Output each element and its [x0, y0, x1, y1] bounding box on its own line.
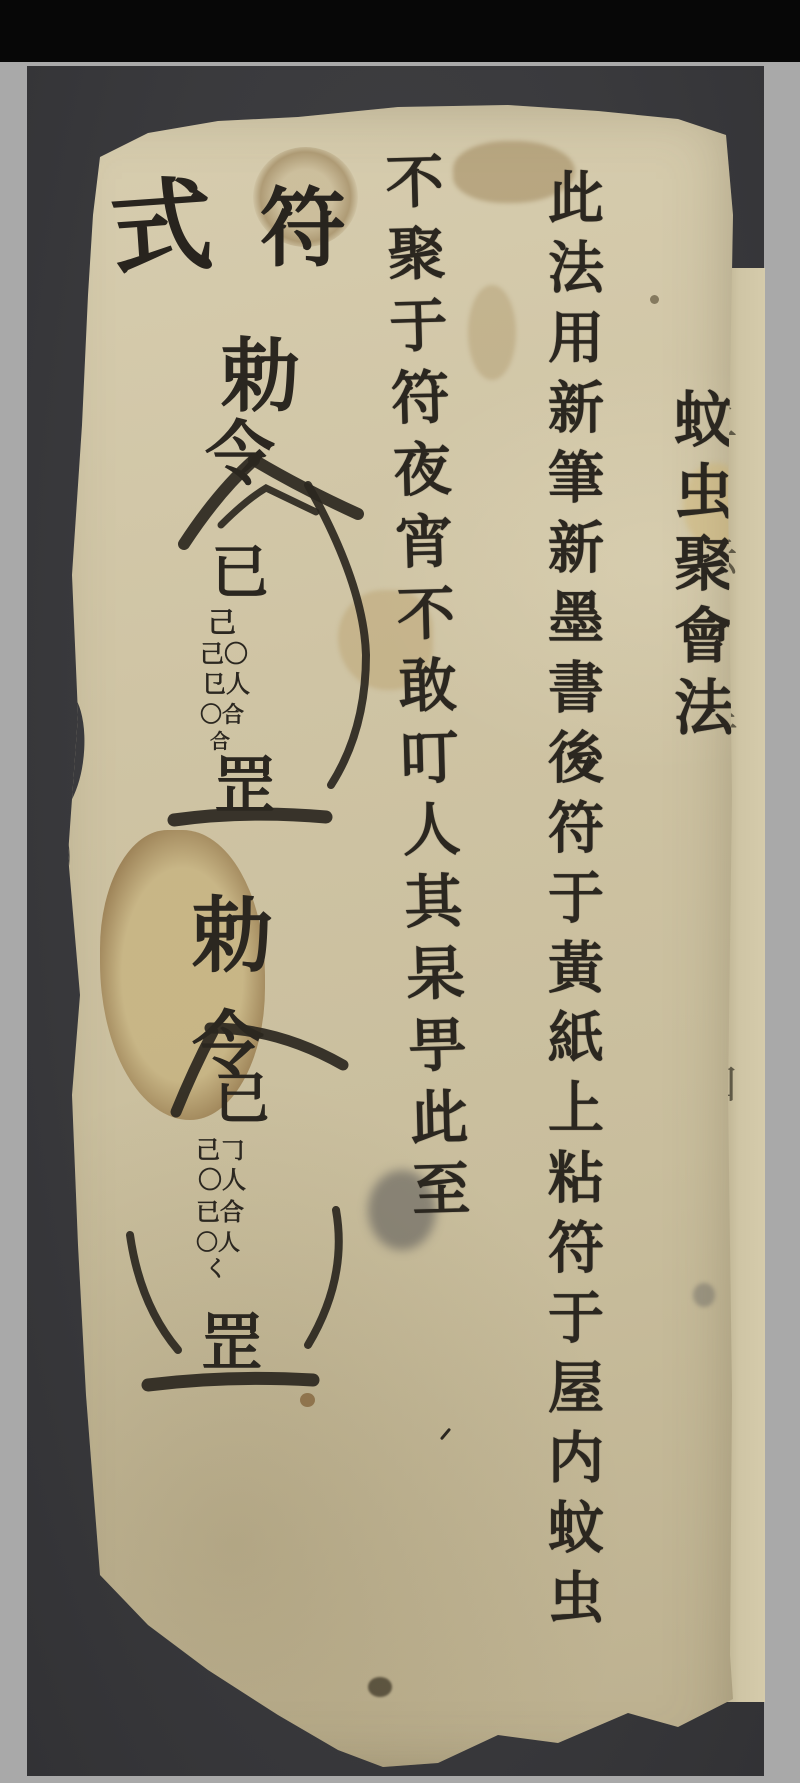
- header-char-shi: 式: [105, 144, 217, 297]
- stain-gray-dot: [693, 1283, 715, 1307]
- scan-top-black-strip: [0, 0, 800, 62]
- talisman1-small-glyphs: 㔾人: [202, 669, 250, 698]
- talisman-figure-2: 勅 令 已 己𠃌 〇人 已合 〇人 く 罡: [118, 880, 380, 1420]
- talisman2-small-glyphs: 〇人: [198, 1165, 246, 1194]
- talisman2-left-curve-stroke: [130, 1235, 178, 1350]
- talisman1-small-glyphs: 己〇: [200, 639, 248, 668]
- talisman2-coil-char: 已: [214, 1066, 270, 1132]
- talisman1-command-char: 勅: [220, 329, 300, 423]
- talisman2-command-char: 勅: [191, 888, 273, 984]
- talisman1-order-char: 令: [205, 412, 275, 495]
- talisman2-small-glyphs: く: [205, 1256, 227, 1282]
- talisman1-base-stroke: [174, 814, 326, 820]
- scanned-manuscript-photo: { "manuscript": { "title_column": "蚊虫聚會法…: [0, 0, 800, 1783]
- talisman1-coil-char: 已: [211, 538, 269, 606]
- stain-small: [468, 285, 516, 380]
- talisman2-small-glyphs: 己𠃌: [196, 1135, 244, 1164]
- talisman2-right-curve-stroke: [308, 1210, 339, 1345]
- talisman2-small-glyphs: 已合: [196, 1197, 244, 1226]
- stain-bottom-dot: [368, 1677, 392, 1697]
- talisman2-small-glyphs: 〇人: [196, 1230, 240, 1256]
- talisman1-long-sweep-stroke: [308, 485, 366, 785]
- talisman1-small-glyphs: 〇合: [200, 702, 244, 728]
- manuscript-page: 蚊虫聚會法 此法用新筆新墨書後符于黃紙上粘符于屋内蚊虫 不聚于符夜宵不敢叮人其杲…: [38, 95, 740, 1779]
- brush-tick-mark: [440, 1428, 451, 1441]
- talisman2-base-stroke: [148, 1378, 313, 1385]
- text-column-1: 此法用新筆新墨書後符于黃紙上粘符于屋内蚊虫: [532, 168, 612, 1638]
- talisman1-small-glyphs: 己: [208, 606, 236, 639]
- talisman-figure-1: 勅 令 已 己 己〇 㔾人 〇合 合 罡: [166, 320, 408, 855]
- stain-speck: [650, 295, 659, 304]
- talisman2-seal-char: 罡: [201, 1306, 263, 1379]
- header-char-fu: 符: [260, 159, 346, 283]
